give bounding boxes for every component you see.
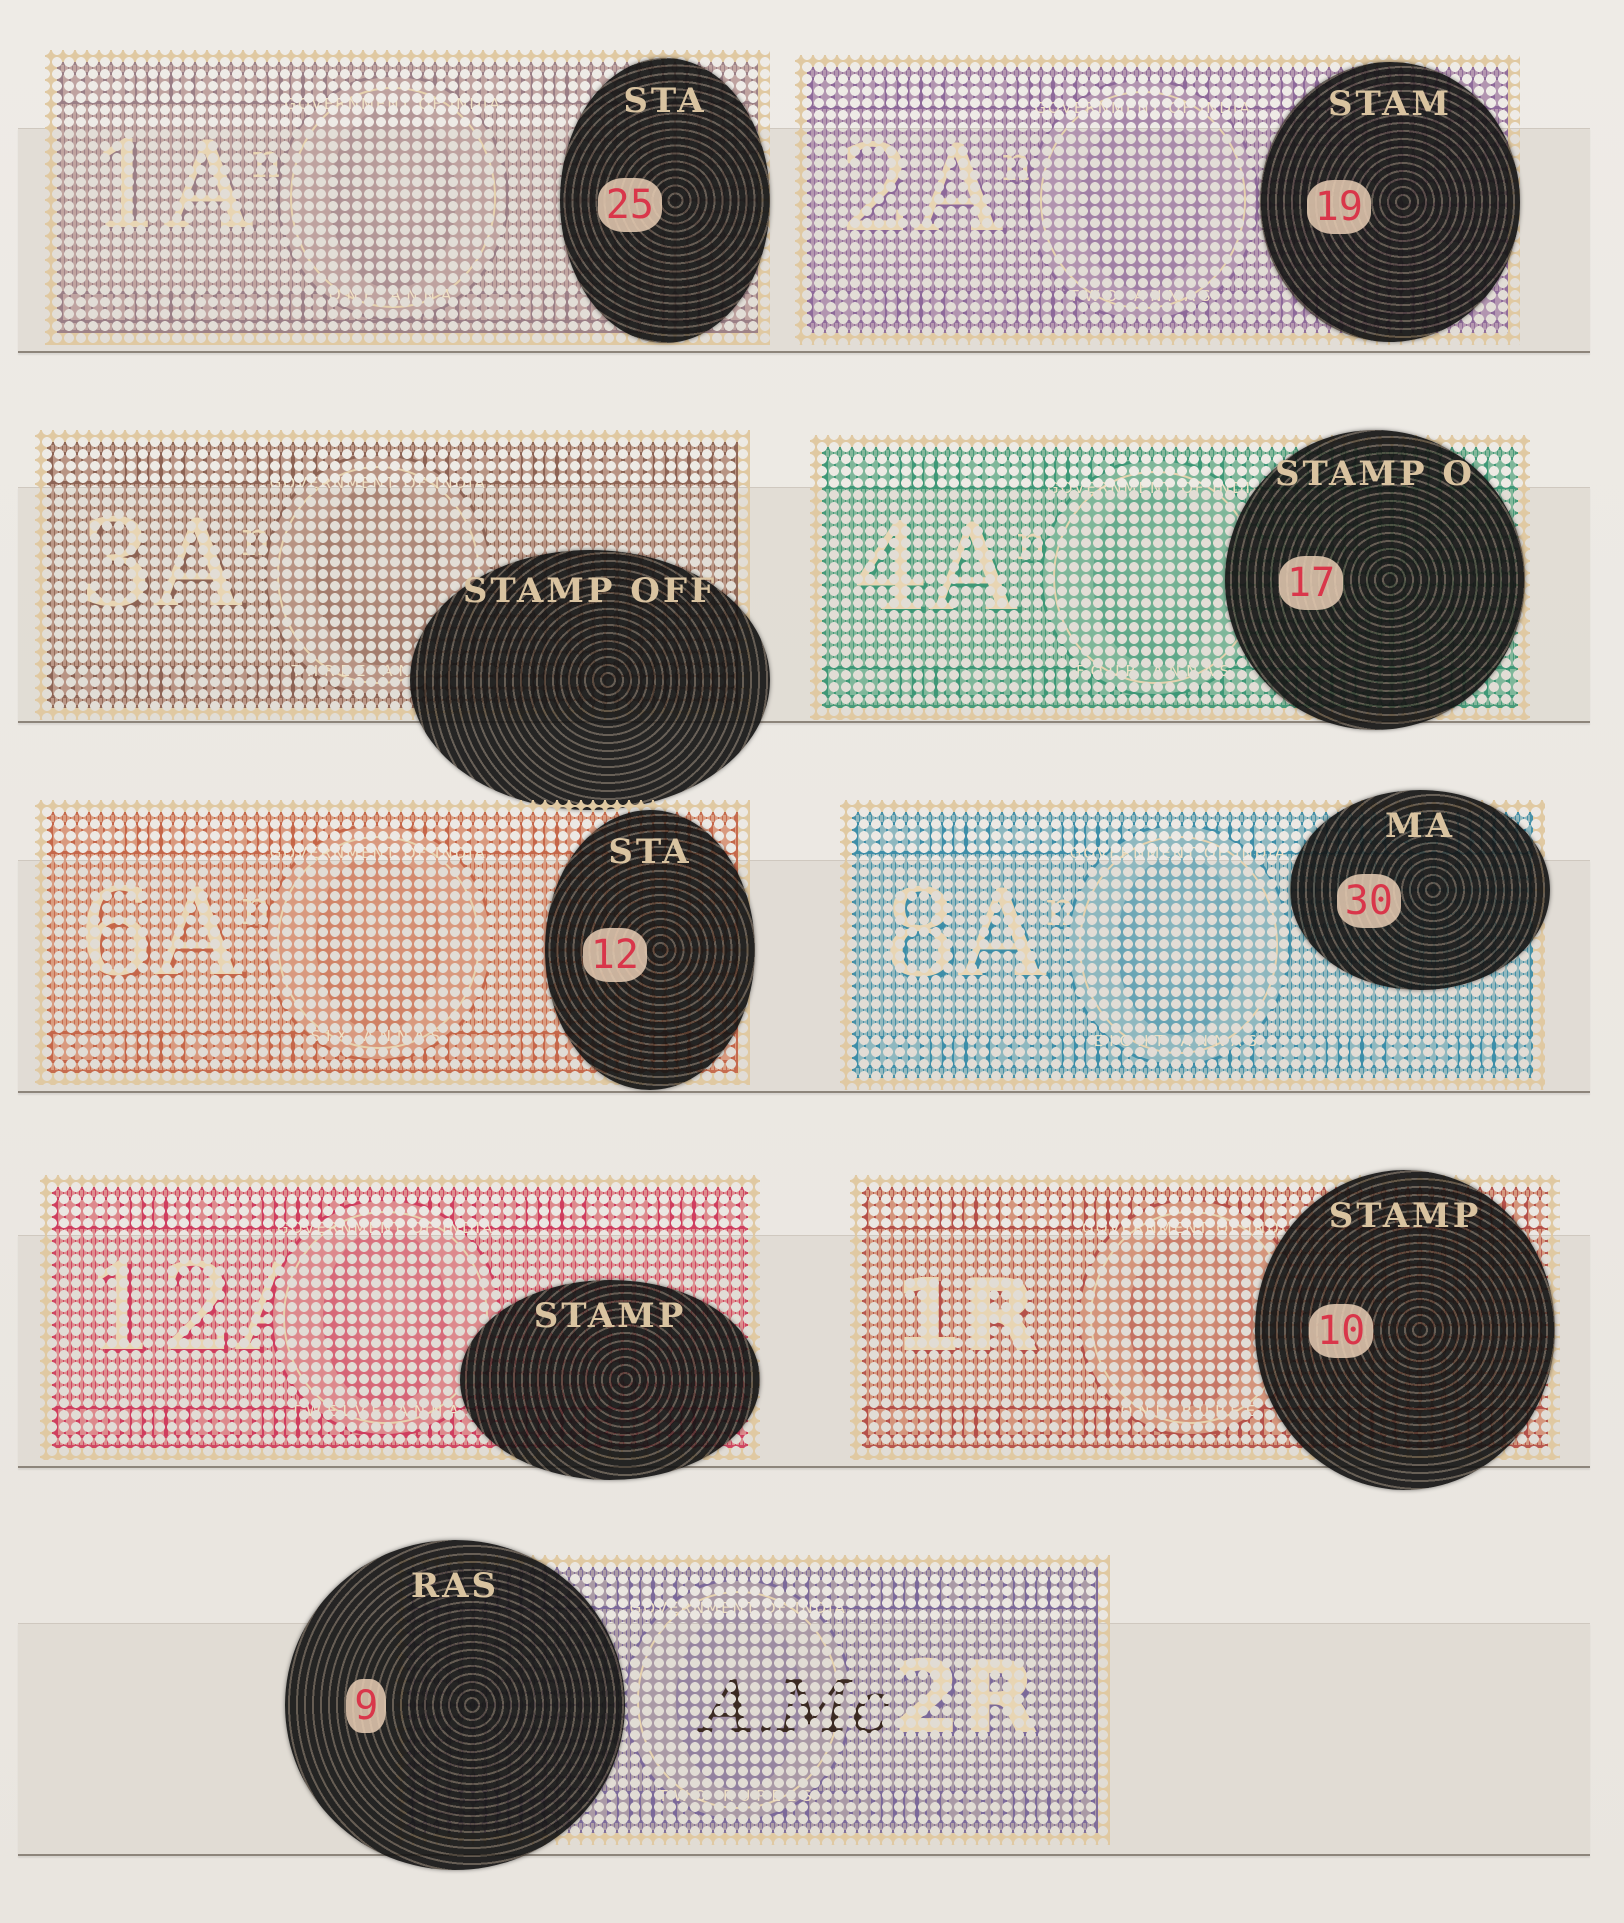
queen-victoria-portrait-icon xyxy=(323,1229,449,1406)
denomination-left: 4Ans xyxy=(853,509,1072,629)
cancellation-text: STAMP O xyxy=(1225,454,1525,494)
queen-victoria-portrait-icon xyxy=(330,106,457,290)
cancellation-text: MA xyxy=(1290,806,1550,846)
cancellation-date: 25 xyxy=(598,178,662,232)
stamp-office-cancellation: RAS9 xyxy=(285,1540,625,1870)
cancellation-text: STAMP OFF xyxy=(410,571,770,611)
cancellation-text: STAMP xyxy=(460,1296,760,1336)
manuscript-signature: A.Mc xyxy=(702,1665,891,1749)
cancellation-date: 19 xyxy=(1307,180,1371,234)
stamp-office-cancellation: STAMP O17 xyxy=(1225,430,1525,730)
legend-bottom: EIGHT ANNAS xyxy=(1069,1032,1289,1050)
legend-top: GOVERNMENT OF INDIA xyxy=(267,474,490,492)
queen-victoria-portrait-icon xyxy=(1117,855,1240,1036)
cancellation-date: 10 xyxy=(1309,1304,1373,1358)
cancellation-text: STA xyxy=(560,81,770,121)
queen-victoria-portrait-icon xyxy=(1093,489,1219,666)
denomination-left: 2R xyxy=(892,1648,1039,1748)
legend-top: GOVERNMENT OF INDIA xyxy=(1069,844,1289,862)
legend-bottom: ONE ANNA xyxy=(280,286,506,304)
cancellation-date: 30 xyxy=(1337,874,1401,928)
legend-bottom: TWO ANNAS xyxy=(1030,287,1256,305)
cancellation-text: STAM xyxy=(1260,84,1520,124)
stamp-office-cancellation: STAMP10 xyxy=(1255,1170,1555,1490)
stamp-office-cancellation: STA12 xyxy=(545,810,755,1090)
portrait-oval: GOVERNMENT OF INDIA TWO ANNAS xyxy=(1027,78,1259,322)
legend-bottom: FOUR ANNAS xyxy=(1043,662,1267,680)
queen-victoria-portrait-icon xyxy=(316,854,441,1031)
cancellation-text: STA xyxy=(545,832,755,872)
stamp-office-cancellation: MA30 xyxy=(1290,790,1550,990)
legend-bottom: ONE RUPEE xyxy=(1080,1402,1301,1420)
legend-top: GOVERNMENT OF INDIA xyxy=(280,95,506,113)
legend-top: GOVERNMENT OF INDIA xyxy=(1030,99,1256,117)
cancellation-date: 9 xyxy=(346,1679,386,1733)
portrait-oval: GOVERNMENT OF INDIA SIX ANNAS xyxy=(264,823,493,1062)
legend-bottom: SIX ANNAS xyxy=(267,1027,490,1045)
queen-victoria-portrait-icon xyxy=(1080,110,1207,291)
stamp-office-cancellation: STA25 xyxy=(560,58,770,343)
legend-top: GOVERNMENT OF INDIA xyxy=(273,1219,497,1237)
denomination-left: 2Ans xyxy=(839,130,1058,250)
cancellation-text: STAMP xyxy=(1255,1196,1555,1236)
legend-top: GOVERNMENT OF INDIA xyxy=(627,1599,850,1617)
stamp-office-cancellation: STAM19 xyxy=(1260,62,1520,342)
stamp-office-cancellation: STAMP OFF xyxy=(410,550,770,810)
cancellation-date: 17 xyxy=(1279,556,1343,610)
cancellation-date: 12 xyxy=(583,928,647,982)
portrait-oval: GOVERNMENT OF INDIA ONE ANNA xyxy=(277,74,509,322)
denomination-left: 1R xyxy=(893,1266,1040,1366)
portrait-oval: GOVERNMENT OF INDIA EIGHT ANNAS xyxy=(1066,823,1292,1067)
stamp-office-cancellation: STAMP xyxy=(460,1280,760,1480)
legend-bottom: TWO RUPEES xyxy=(627,1787,850,1805)
queen-victoria-portrait-icon xyxy=(1129,1229,1253,1406)
cancellation-text: RAS xyxy=(285,1566,625,1606)
legend-top: GOVERNMENT OF INDIA xyxy=(267,844,490,862)
